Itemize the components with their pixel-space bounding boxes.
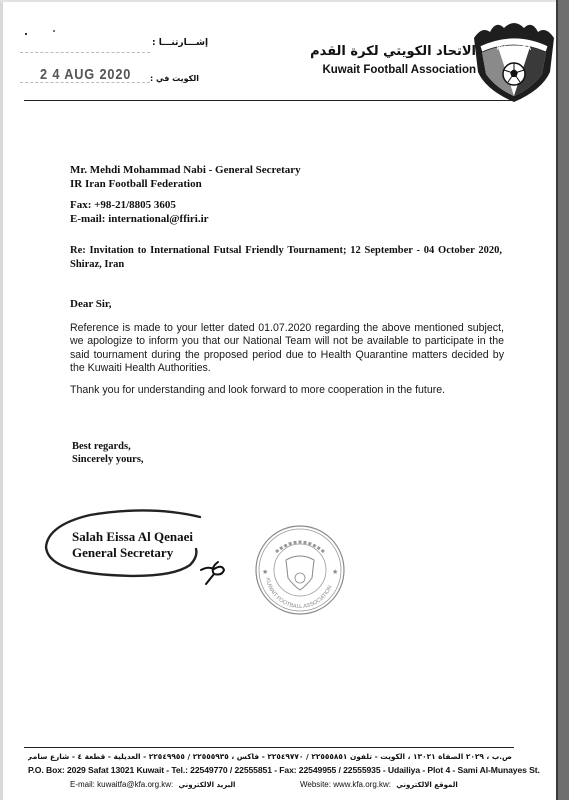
footer-email-text: E-mail: kuwaitfa@kfa.org.kw: [70, 780, 173, 789]
signatory-block: Salah Eissa Al Qenaei General Secretary [72, 529, 193, 561]
signature-initial-icon [198, 556, 228, 586]
recipient-name: Mr. Mehdi Mohammad Nabi - General Secret… [70, 163, 301, 177]
stray-mark [25, 33, 27, 35]
letter-body: Reference is made to your letter dated 0… [70, 322, 504, 376]
footer-website: Website: www.kfa.org.kw: الموقع الالكترو… [300, 780, 458, 789]
footer-address-arabic: ص.ب ، ٢٠٢٩ الصفاة ١٣٠٢١ ، الكويت - تلفون… [28, 752, 512, 761]
signatory-name: Salah Eissa Al Qenaei [72, 529, 193, 545]
signatory-title: General Secretary [72, 545, 193, 561]
recipient-email: E-mail: international@ffiri.ir [70, 212, 209, 226]
letter-subject: Re: Invitation to International Futsal F… [70, 244, 502, 272]
closing-regards: Best regards, [72, 440, 144, 453]
header-divider [24, 100, 512, 101]
org-name-english: Kuwait Football Association [290, 64, 476, 76]
reference-label: إشـــارتنـــا : [152, 38, 208, 48]
recipient-block: Mr. Mehdi Mohammad Nabi - General Secret… [70, 163, 301, 191]
svg-text:★: ★ [262, 568, 268, 576]
recipient-contact: Fax: +98-21/8805 3605 E-mail: internatio… [70, 198, 209, 226]
footer-divider [24, 747, 514, 748]
scan-edge-top [0, 0, 560, 2]
footer-address-english: P.O. Box: 2029 Safat 13021 Kuwait - Tel.… [28, 765, 512, 775]
svg-text:★: ★ [332, 568, 338, 576]
svg-text:KUWAIT F.A: KUWAIT F.A [497, 46, 532, 52]
official-seal-icon: KUWAIT FOOTBALL ASSOCIATION ★ ★ [252, 522, 348, 618]
footer-email-label-arabic: البريد الالكتروني [179, 781, 236, 789]
letter-thanks: Thank you for understanding and look for… [70, 384, 510, 396]
stray-mark [53, 30, 55, 32]
recipient-organization: IR Iran Football Federation [70, 177, 301, 191]
closing-sincerely: Sincerely yours, [72, 453, 144, 466]
org-name-arabic: الاتحاد الكويتي لكرة القدم [290, 44, 476, 59]
reference-field-line [20, 44, 150, 53]
closing-block: Best regards, Sincerely yours, [72, 440, 144, 466]
letter-page: إشـــارتنـــا : 2 4 AUG 2020 الكويت في :… [0, 0, 569, 800]
footer-email: E-mail: kuwaitfa@kfa.org.kw: البريد الال… [70, 780, 235, 789]
footer-website-text: Website: www.kfa.org.kw: [300, 780, 391, 789]
scan-edge-left [0, 0, 3, 800]
recipient-fax: Fax: +98-21/8805 3605 [70, 198, 209, 212]
scan-edge-right [556, 0, 569, 800]
kfa-shield-logo-icon: KUWAIT F.A [470, 16, 558, 104]
date-label: الكويت في : [150, 74, 199, 83]
footer-website-label-arabic: الموقع الالكتروني [396, 781, 458, 789]
salutation: Dear Sir, [70, 298, 112, 310]
date-field-line [20, 82, 150, 83]
date-stamp: 2 4 AUG 2020 [40, 66, 131, 83]
